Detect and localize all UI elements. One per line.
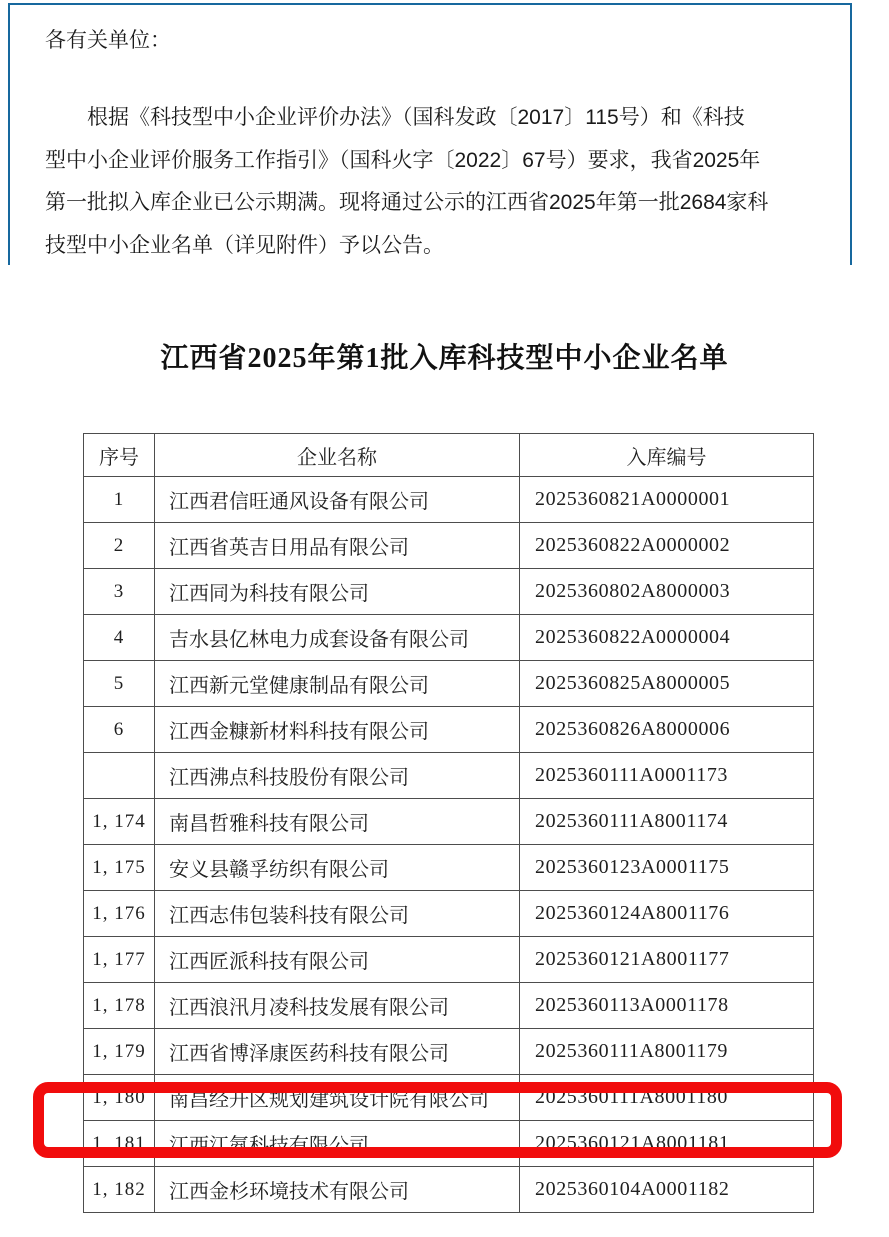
table-row: 1, 178 江西浪汛月凌科技发展有限公司 2025360113A0001178 (84, 983, 814, 1029)
companies-table: 序号 企业名称 入库编号 1 江西君信旺通风设备有限公司 2025360821A… (83, 433, 814, 1213)
company-name-cell: 江西新元堂健康制品有限公司 (155, 661, 520, 707)
company-name-cell: 江西匠派科技有限公司 (155, 937, 520, 983)
serial-cell (84, 753, 155, 799)
registration-code-cell: 2025360802A8000003 (520, 569, 814, 615)
company-name-cell: 江西沸点科技股份有限公司 (155, 753, 520, 799)
company-name-cell: 江西金杉环境技术有限公司 (155, 1167, 520, 1213)
registration-code-cell: 2025360111A8001174 (520, 799, 814, 845)
paragraph-line: 技型中小企业名单（详见附件）予以公告。 (45, 225, 817, 266)
salutation: 各有关单位： (45, 29, 850, 53)
company-name-cell: 江西省英吉日用品有限公司 (155, 523, 520, 569)
table-row: 1, 175 安义县赣孚纺织有限公司 2025360123A0001175 (84, 845, 814, 891)
header-registration-code: 入库编号 (520, 434, 814, 477)
serial-cell: 2 (84, 523, 155, 569)
registration-code-cell: 2025360821A0000001 (520, 477, 814, 523)
table-row: 江西沸点科技股份有限公司 2025360111A0001173 (84, 753, 814, 799)
company-name-cell: 江西省博泽康医药科技有限公司 (155, 1029, 520, 1075)
company-name-cell: 江西君信旺通风设备有限公司 (155, 477, 520, 523)
table-row: 4 吉水县亿林电力成套设备有限公司 2025360822A0000004 (84, 615, 814, 661)
serial-cell: 1, 175 (84, 845, 155, 891)
table-row: 2 江西省英吉日用品有限公司 2025360822A0000002 (84, 523, 814, 569)
header-serial: 序号 (84, 434, 155, 477)
registration-code-cell: 2025360123A0001175 (520, 845, 814, 891)
serial-cell: 5 (84, 661, 155, 707)
registration-code-cell: 2025360822A0000002 (520, 523, 814, 569)
company-name-cell: 江西志伟包装科技有限公司 (155, 891, 520, 937)
company-name-cell: 江西同为科技有限公司 (155, 569, 520, 615)
serial-cell: 1, 181 (84, 1121, 155, 1167)
table-row: 1, 177 江西匠派科技有限公司 2025360121A8001177 (84, 937, 814, 983)
serial-cell: 6 (84, 707, 155, 753)
registration-code-cell: 2025360124A8001176 (520, 891, 814, 937)
table-row: 1, 182 江西金杉环境技术有限公司 2025360104A0001182 (84, 1167, 814, 1213)
table-row: 1, 181 江西江氨科技有限公司 2025360121A8001181 (84, 1121, 814, 1167)
registration-code-cell: 2025360113A0001178 (520, 983, 814, 1029)
table-row: 5 江西新元堂健康制品有限公司 2025360825A8000005 (84, 661, 814, 707)
paragraph-line: 根据《科技型中小企业评价办法》（国科发政〔2017〕115号）和《科技 (45, 97, 817, 140)
table-row: 1, 179 江西省博泽康医药科技有限公司 2025360111A8001179 (84, 1029, 814, 1075)
table-header-row: 序号 企业名称 入库编号 (84, 434, 814, 477)
company-name-cell: 南昌经开区规划建筑设计院有限公司 (155, 1075, 520, 1121)
table-row: 1, 174 南昌哲雅科技有限公司 2025360111A8001174 (84, 799, 814, 845)
company-name-cell: 南昌哲雅科技有限公司 (155, 799, 520, 845)
serial-cell: 1, 182 (84, 1167, 155, 1213)
serial-cell: 1, 174 (84, 799, 155, 845)
serial-cell: 4 (84, 615, 155, 661)
serial-cell: 1, 179 (84, 1029, 155, 1075)
company-name-cell: 江西金糠新材料科技有限公司 (155, 707, 520, 753)
table-row: 6 江西金糠新材料科技有限公司 2025360826A8000006 (84, 707, 814, 753)
table-row: 1 江西君信旺通风设备有限公司 2025360821A0000001 (84, 477, 814, 523)
paragraph-line: 型中小企业评价服务工作指引》（国科火字〔2022〕67号）要求，我省2025年 (45, 140, 817, 183)
paragraph-line: 第一批拟入库企业已公示期满。现将通过公示的江西省2025年第一批2684家科 (45, 182, 817, 225)
serial-cell: 3 (84, 569, 155, 615)
serial-cell: 1, 176 (84, 891, 155, 937)
company-name-cell: 江西江氨科技有限公司 (155, 1121, 520, 1167)
header-company-name: 企业名称 (155, 434, 520, 477)
table-row: 1, 176 江西志伟包装科技有限公司 2025360124A8001176 (84, 891, 814, 937)
table-row: 3 江西同为科技有限公司 2025360802A8000003 (84, 569, 814, 615)
registration-code-cell: 2025360822A0000004 (520, 615, 814, 661)
serial-cell: 1, 180 (84, 1075, 155, 1121)
company-name-cell: 安义县赣孚纺织有限公司 (155, 845, 520, 891)
company-name-cell: 吉水县亿林电力成套设备有限公司 (155, 615, 520, 661)
notice-box: 各有关单位： 根据《科技型中小企业评价办法》（国科发政〔2017〕115号）和《… (8, 3, 852, 265)
serial-cell: 1 (84, 477, 155, 523)
registration-code-cell: 2025360111A8001179 (520, 1029, 814, 1075)
registration-code-cell: 2025360826A8000006 (520, 707, 814, 753)
announcement-paragraph: 根据《科技型中小企业评价办法》（国科发政〔2017〕115号）和《科技 型中小企… (45, 97, 817, 265)
registration-code-cell: 2025360111A8001180 (520, 1075, 814, 1121)
serial-cell: 1, 177 (84, 937, 155, 983)
page-title: 江西省2025年第1批入库科技型中小企业名单 (0, 336, 889, 376)
registration-code-cell: 2025360111A0001173 (520, 753, 814, 799)
company-name-cell: 江西浪汛月凌科技发展有限公司 (155, 983, 520, 1029)
registration-code-cell: 2025360121A8001181 (520, 1121, 814, 1167)
registration-code-cell: 2025360121A8001177 (520, 937, 814, 983)
registration-code-cell: 2025360104A0001182 (520, 1167, 814, 1213)
registration-code-cell: 2025360825A8000005 (520, 661, 814, 707)
serial-cell: 1, 178 (84, 983, 155, 1029)
table-row: 1, 180 南昌经开区规划建筑设计院有限公司 2025360111A80011… (84, 1075, 814, 1121)
